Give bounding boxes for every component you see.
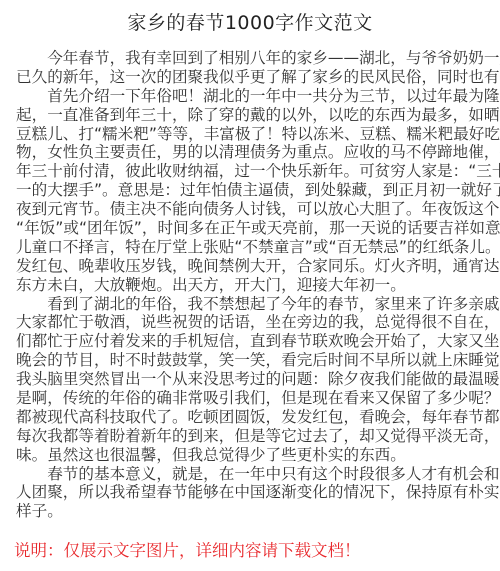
essay-line: 发红包、晚辈收压岁钱，晚间禁例大开，合家同乐。灯火齐明，通宵达旦、谓之守岁；	[16, 257, 486, 276]
essay-line: 起，一直准备到年三十，除了穿的戴的以外，以吃的东西为最多，如晒“冻米儿”。烫	[16, 106, 486, 125]
essay-line: 味。虽然这也很温馨，但我总觉得少了些更朴实的东西。	[16, 446, 486, 465]
essay-line: 是啊，传统的年俗的确非常吸引我们，但是现在看来又保留了多少呢？一切的快乐仿佛	[16, 389, 486, 408]
essay-line: 们都忙于应付着发来的手机短信，直到春节联欢晚会开始了，大家又坐在沙发上享受着	[16, 332, 486, 351]
essay-line: 春节的基本意义，就是，在一年中只有这个时段很多人才有机会和生命中最重要的	[16, 465, 486, 484]
essay-line: 看到了湖北的年俗，我不禁想起了今年的春节，家里来了许多亲戚，在团圆饭时，	[16, 295, 486, 314]
download-notice: 说明：仅展示文字图片，详细内容请下载文档！	[14, 540, 361, 562]
essay-line: 年三十前付清，彼此收财纳福，过一个快乐新年。可贫穷人家是：“三十的躲猫儿，初	[16, 162, 486, 181]
essay-line: 晚会的节目，时不时鼓鼓掌，笑一笑，看完后时间不早所以就上床睡觉了，想到这里，	[16, 351, 486, 370]
essay-line: 一的大摆手”。意思是：过年怕债主逼债，到处躲藏，到正月初一就好了，因为从三十	[16, 181, 486, 200]
essay-line: 都被现代高科技取代了。吃顿团圆饭，发发红包，看晚会，每年春节都是同样的程序，	[16, 408, 486, 427]
essay-line: 样子。	[16, 502, 486, 521]
essay-line: “年饭”或“团年饭”，时间多在正午或天亮前，那一天说的话要吉祥如意，为了防止	[16, 219, 486, 238]
essay-line: 我头脑里突然冒出一个从来没思考过的问题：除夕夜我们能做的最温暖的事情是什么？	[16, 370, 486, 389]
essay-line: 人团聚，所以我希望春节能够在中国逐渐变化的情况下，保持原有朴实，美好，温暖的	[16, 483, 486, 502]
essay-line: 首先介绍一下年俗吧！湖北的一年中一共分为三节，以过年最为隆重，从腊月初八	[16, 87, 486, 106]
essay-line: 已久的新年，这一次的团聚我似乎更了解了家乡的民风民俗，同时也有所感悟。	[16, 68, 486, 87]
essay-body: 今年春节，我有幸回到了相别八年的家乡——湖北，与爷爷奶奶一起度过了盼望已久的新年…	[16, 49, 486, 521]
essay-line: 物，女性负主要责任，男的以清理债务为重点。应收的马不停蹄地催，待付的款也要在	[16, 143, 486, 162]
essay-line: 儿童口不择言，特在厅堂上张贴“不禁童言”或“百无禁忌”的红纸条儿。饭毕，长辈	[16, 238, 486, 257]
essay-line: 东方未白，大放鞭炮。出天方，开大门，迎接大年初一。	[16, 276, 486, 295]
essay-line: 豆糕儿、打“糯米粑”等等，丰富极了！特以冻米、豆糕、糯米粑最好吃。准备过年食	[16, 125, 486, 144]
page-title: 家乡的春节1000字作文范文	[0, 10, 500, 36]
essay-line: 今年春节，我有幸回到了相别八年的家乡——湖北，与爷爷奶奶一起度过了盼望	[16, 49, 486, 68]
essay-line: 大家都忙于敬酒，说些祝贺的话语，坐在旁边的我，总觉得很不自在，吃过年夜饭，他	[16, 313, 486, 332]
essay-line: 每次我都等着盼着新年的到来，但是等它过去了，却又觉得平淡无奇，没有多少值得回	[16, 427, 486, 446]
essay-line: 夜到元宵节。债主决不能向债务人讨钱，可以放心大胆了。年夜饭这个名词，在湖北称	[16, 200, 486, 219]
